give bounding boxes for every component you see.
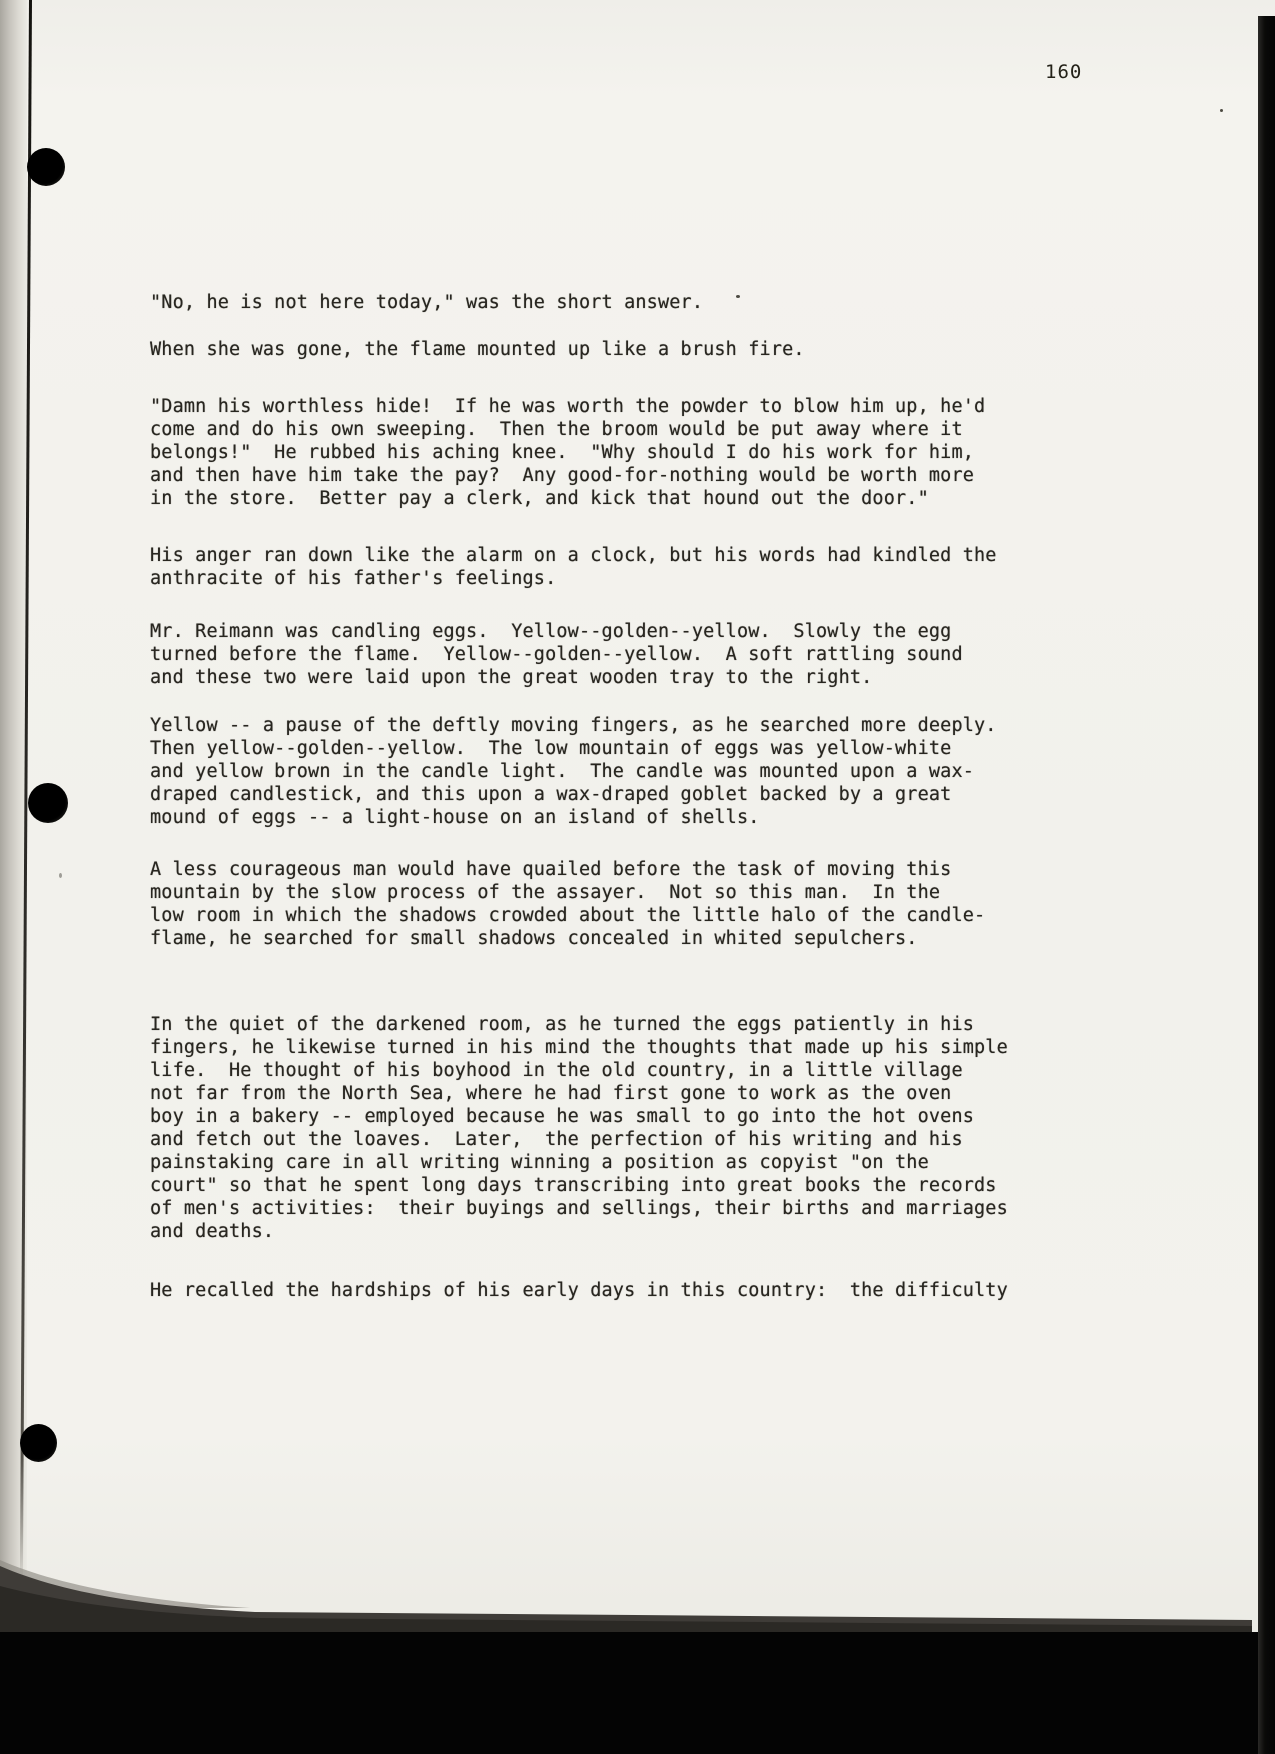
paragraph: In the quiet of the darkened room, as he… <box>150 1013 1008 1243</box>
scanned-page: 160 "No, he is not here today," was the … <box>0 0 1275 1632</box>
paragraph: A less courageous man would have quailed… <box>150 858 985 950</box>
scan-speck <box>736 295 740 298</box>
paragraph: His anger ran down like the alarm on a c… <box>150 544 997 590</box>
paragraph: Yellow -- a pause of the deftly moving f… <box>150 714 997 829</box>
paragraph: When she was gone, the flame mounted up … <box>150 338 805 361</box>
scan-speck <box>59 873 62 878</box>
typewritten-text-block: "No, he is not here today," was the shor… <box>0 0 1275 1632</box>
scan-background-right <box>1258 16 1275 1754</box>
bottom-edge-shadow <box>0 1556 1262 1636</box>
scan-background-bottom <box>0 1632 1275 1754</box>
paragraph: "No, he is not here today," was the shor… <box>150 291 703 314</box>
paragraph: "Damn his worthless hide! If he was wort… <box>150 395 985 510</box>
paragraph: Mr. Reimann was candling eggs. Yellow--g… <box>150 620 963 689</box>
scan-speck <box>1220 109 1223 112</box>
paragraph: He recalled the hardships of his early d… <box>150 1279 1008 1302</box>
